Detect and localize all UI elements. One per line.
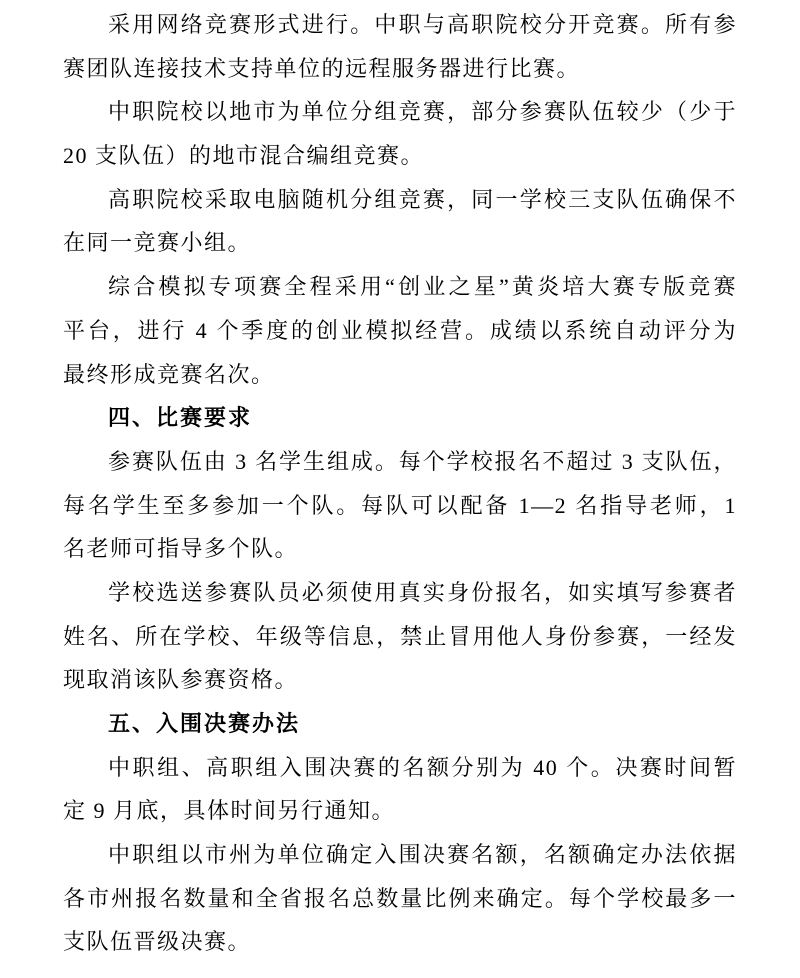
text-line: 20 支队伍）的地市混合编组竞赛。 — [63, 134, 737, 178]
text-line: 在同一竞赛小组。 — [63, 221, 737, 265]
text-line: 学校选送参赛队员必须使用真实身份报名，如实填写参赛者 — [63, 571, 737, 615]
text-line: 支队伍晋级决赛。 — [63, 920, 737, 964]
text-line: 现取消该队参赛资格。 — [63, 658, 737, 702]
text-line: 高职院校采取电脑随机分组竞赛，同一学校三支队伍确保不 — [63, 178, 737, 222]
text-line: 名老师可指导多个队。 — [63, 527, 737, 571]
text-line: 最终形成竞赛名次。 — [63, 353, 737, 397]
text-line: 采用网络竞赛形式进行。中职与高职院校分开竞赛。所有参 — [63, 3, 737, 47]
text-line: 参赛队伍由 3 名学生组成。每个学校报名不超过 3 支队伍， — [63, 440, 737, 484]
text-line: 中职院校以地市为单位分组竞赛，部分参赛队伍较少（少于 — [63, 90, 737, 134]
text-line: 定 9 月底，具体时间另行通知。 — [63, 789, 737, 833]
text-line: 每名学生至多参加一个队。每队可以配备 1—2 名指导老师，1 — [63, 484, 737, 528]
text-line: 各市州报名数量和全省报名总数量比例来确定。每个学校最多一 — [63, 877, 737, 921]
section-heading: 四、比赛要求 — [63, 396, 737, 440]
section-heading: 五、入围决赛办法 — [63, 702, 737, 746]
document-page: 采用网络竞赛形式进行。中职与高职院校分开竞赛。所有参赛团队连接技术支持单位的远程… — [0, 0, 800, 978]
text-line: 赛团队连接技术支持单位的远程服务器进行比赛。 — [63, 47, 737, 91]
text-line: 姓名、所在学校、年级等信息，禁止冒用他人身份参赛，一经发 — [63, 615, 737, 659]
text-line: 中职组、高职组入围决赛的名额分别为 40 个。决赛时间暂 — [63, 746, 737, 790]
text-line: 综合模拟专项赛全程采用“创业之星”黄炎培大赛专版竞赛 — [63, 265, 737, 309]
text-line: 平台，进行 4 个季度的创业模拟经营。成绩以系统自动评分为准， — [63, 309, 737, 353]
text-line: 中职组以市州为单位确定入围决赛名额，名额确定办法依据 — [63, 833, 737, 877]
document-text: 采用网络竞赛形式进行。中职与高职院校分开竞赛。所有参赛团队连接技术支持单位的远程… — [63, 3, 737, 964]
